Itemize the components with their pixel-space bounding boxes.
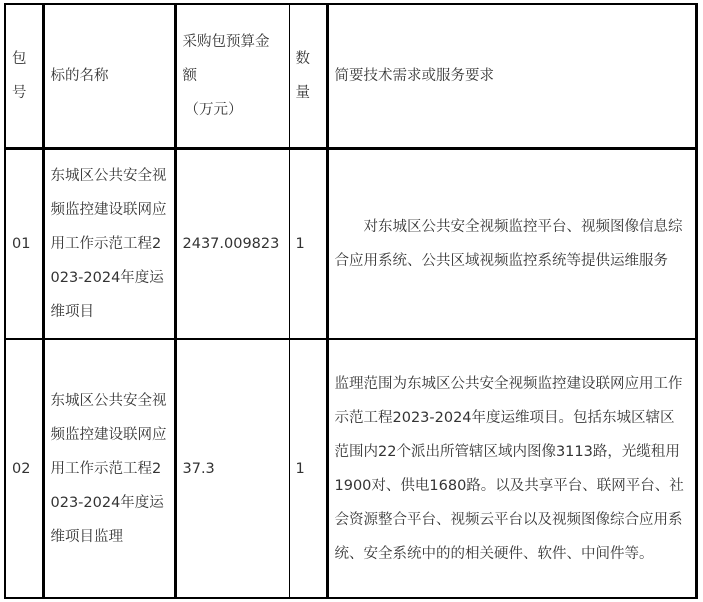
- item-name-cell: 东城区公共安全视频监控建设联网应用工作示范工程2023-2024年度运维项目: [43, 148, 175, 339]
- quantity-cell: 1: [289, 148, 327, 339]
- table-row: 01 东城区公共安全视频监控建设联网应用工作示范工程2023-2024年度运维项…: [5, 148, 697, 339]
- header-quantity-line1: 数: [296, 42, 320, 76]
- header-budget-unit: （万元）: [183, 93, 283, 127]
- item-name-cell: 东城区公共安全视频监控建设联网应用工作示范工程2023-2024年度运维项目监理: [43, 339, 175, 598]
- header-row: 包 号 标的名称 采购包预算金 额 （万元） 数 量 简要技术需求或服务要求: [5, 4, 697, 148]
- header-quantity: 数 量: [289, 4, 327, 148]
- table-row: 02 东城区公共安全视频监控建设联网应用工作示范工程2023-2024年度运维项…: [5, 339, 697, 598]
- header-package-no-line1: 包: [12, 42, 36, 76]
- budget-cell: 37.3: [175, 339, 289, 598]
- procurement-table: 包 号 标的名称 采购包预算金 额 （万元） 数 量 简要技术需求或服务要求 0…: [4, 3, 698, 599]
- header-item-name: 标的名称: [43, 4, 175, 148]
- requirements-cell: 监理范围为东城区公共安全视频监控建设联网应用工作示范工程2023-2024年度运…: [327, 339, 697, 598]
- header-budget-line2: 额: [183, 59, 283, 93]
- header-budget-line1: 采购包预算金: [183, 25, 283, 59]
- header-package-no-line2: 号: [12, 76, 36, 110]
- budget-cell: 2437.009823: [175, 148, 289, 339]
- requirements-cell: 对东城区公共安全视频监控平台、视频图像信息综合应用系统、公共区域视频监控系统等提…: [327, 148, 697, 339]
- header-package-no: 包 号: [5, 4, 43, 148]
- header-budget: 采购包预算金 额 （万元）: [175, 4, 289, 148]
- header-requirements: 简要技术需求或服务要求: [327, 4, 697, 148]
- package-no-cell: 02: [5, 339, 43, 598]
- header-quantity-line2: 量: [296, 76, 320, 110]
- package-no-cell: 01: [5, 148, 43, 339]
- quantity-cell: 1: [289, 339, 327, 598]
